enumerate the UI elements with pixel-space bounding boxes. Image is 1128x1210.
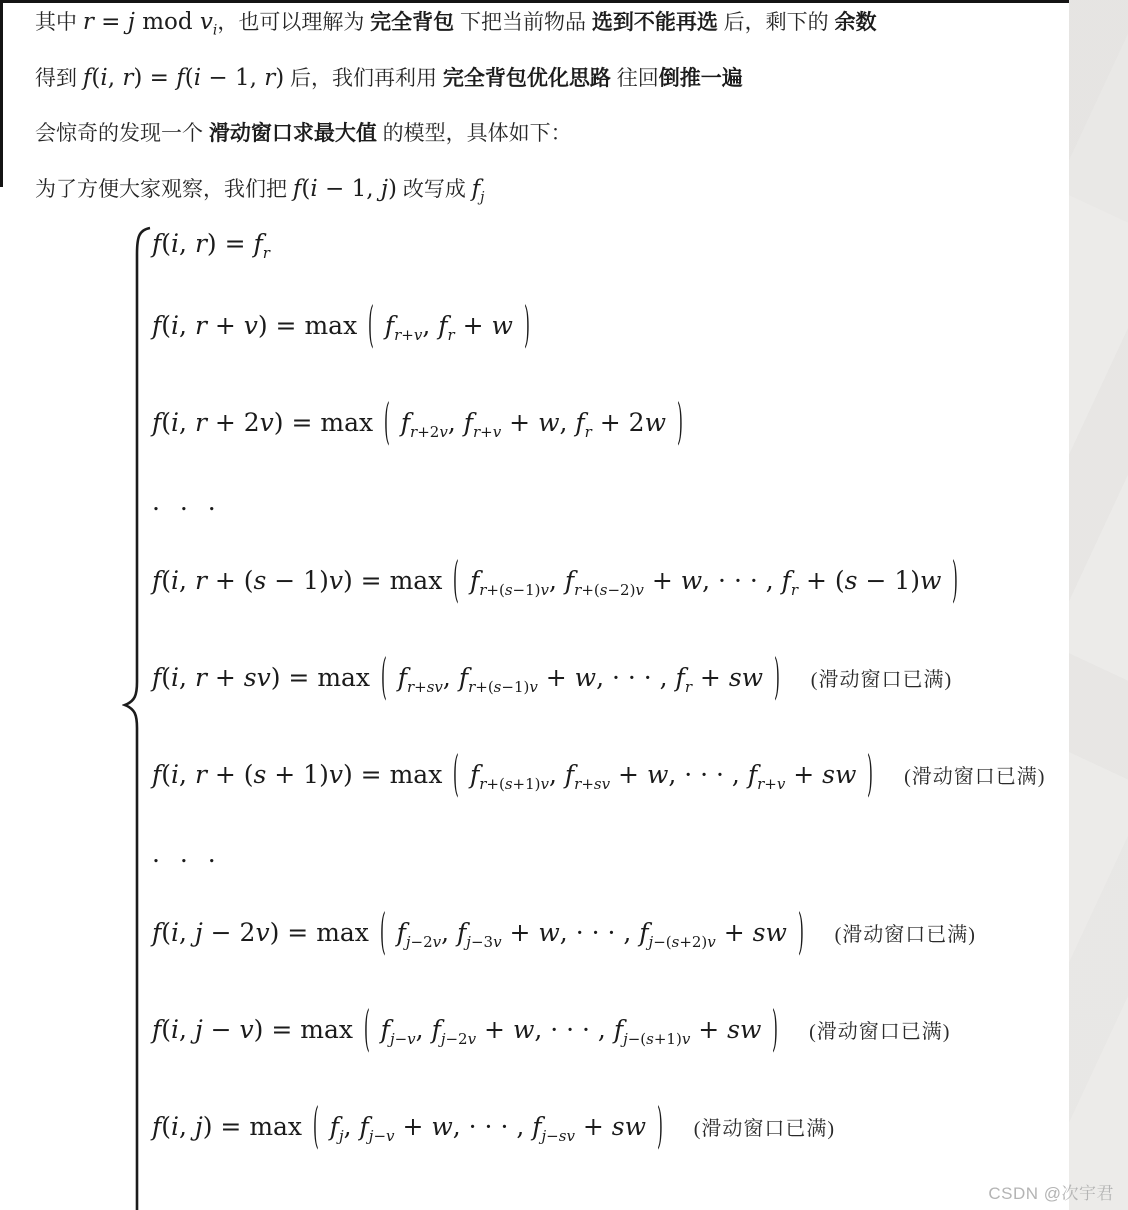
equation-row: f(i, r + (s + 1)v) = max ( fr+(s+1)v, fr… (152, 741, 1052, 807)
text-run: 下把当前物品 (454, 11, 592, 34)
bold-term: 选到不能再选 (592, 11, 718, 34)
equation-math: f(i, r + 2v) = max ( fr+2v, fr+v + w, fr… (152, 408, 686, 437)
equation-math: f(i, r + v) = max ( fr+v, fr + w ) (152, 311, 533, 340)
text-line: 得到 f(i, r) = f(i − 1, r) 后，我们再利用 完全背包优化思… (35, 62, 1045, 95)
vertical-dots: . . . (152, 839, 222, 868)
text-run: 改写成 (397, 178, 472, 201)
article-page: 其中 r = j mod vi，也可以理解为 完全背包 下把当前物品 选到不能再… (0, 0, 1128, 1210)
equation-row: f(i, r + 2v) = max ( fr+2v, fr+v + w, fr… (152, 389, 1052, 455)
ellipsis-row: . . . (152, 838, 1052, 868)
equation-system: f(i, r) = frf(i, r + v) = max ( fr+v, fr… (152, 225, 1052, 1190)
page-right-margin-texture (1069, 0, 1128, 1210)
text-run: 后，我们再利用 (284, 67, 443, 90)
bold-term: 滑动窗口求最大值 (209, 122, 377, 145)
top-border-rule (0, 0, 1128, 3)
inline-math: r = j mod vi (83, 9, 217, 35)
equation-row: f(i, j) = max ( fj, fj−v + w, · · · , fj… (152, 1093, 1052, 1159)
inline-math: f(i, r) = f(i − 1, r) (83, 65, 284, 91)
bold-term: 倒推一遍 (659, 67, 743, 90)
equation-note: (滑动窗口已满) (694, 1112, 835, 1141)
equation-math: f(i, r + (s − 1)v) = max ( fr+(s−1)v, fr… (152, 566, 961, 595)
equation-math: f(i, r) = fr (152, 229, 270, 258)
equation-math: f(i, j) = max ( fj, fj−v + w, · · · , fj… (152, 1112, 666, 1141)
equation-row: f(i, r + sv) = max ( fr+sv, fr+(s−1)v + … (152, 644, 1052, 710)
system-left-brace (122, 226, 156, 1210)
equation-row: f(i, j − v) = max ( fj−v, fj−2v + w, · ·… (152, 996, 1052, 1062)
bold-term: 完全背包优化思路 (443, 67, 611, 90)
text-run: 的模型，具体如下： (377, 122, 572, 145)
intro-paragraphs: 其中 r = j mod vi，也可以理解为 完全背包 下把当前物品 选到不能再… (35, 6, 1045, 229)
equation-math: f(i, r + (s + 1)v) = max ( fr+(s+1)v, fr… (152, 760, 876, 789)
text-run: 会惊奇的发现一个 (35, 122, 209, 145)
equation-note: (滑动窗口已满) (809, 1015, 950, 1044)
equation-math: f(i, j − 2v) = max ( fj−2v, fj−3v + w, ·… (152, 918, 807, 947)
equation-row: f(i, r) = fr (152, 225, 1052, 261)
left-border-rule (0, 0, 3, 187)
equation-row: f(i, r + (s − 1)v) = max ( fr+(s−1)v, fr… (152, 547, 1052, 613)
text-run: 往回 (611, 67, 659, 90)
text-run: 后，剩下的 (718, 11, 835, 34)
equation-note: (滑动窗口已满) (811, 663, 952, 692)
bold-term: 余数 (835, 11, 877, 34)
vertical-dots: . . . (152, 487, 222, 516)
inline-math: f(i − 1, j) (293, 176, 397, 202)
text-run: ，也可以理解为 (217, 11, 370, 34)
equation-row: f(i, j − 2v) = max ( fj−2v, fj−3v + w, ·… (152, 899, 1052, 965)
text-run: 得到 (35, 67, 83, 90)
equation-math: f(i, j − v) = max ( fj−v, fj−2v + w, · ·… (152, 1015, 781, 1044)
text-run: 为了方便大家观察，我们把 (35, 178, 293, 201)
inline-math: fj (472, 176, 485, 202)
text-line: 会惊奇的发现一个 滑动窗口求最大值 的模型，具体如下： (35, 118, 1045, 150)
equation-note: (滑动窗口已满) (904, 760, 1045, 789)
csdn-watermark: CSDN @次宇君 (988, 1179, 1114, 1204)
text-run: 其中 (35, 11, 83, 34)
equation-row: f(i, r + v) = max ( fr+v, fr + w ) (152, 292, 1052, 358)
equation-note: (滑动窗口已满) (835, 918, 976, 947)
bold-term: 完全背包 (370, 11, 454, 34)
text-line: 为了方便大家观察，我们把 f(i − 1, j) 改写成 fj (35, 173, 1045, 206)
equation-math: f(i, r + sv) = max ( fr+sv, fr+(s−1)v + … (152, 663, 783, 692)
ellipsis-row: . . . (152, 486, 1052, 516)
text-line: 其中 r = j mod vi，也可以理解为 完全背包 下把当前物品 选到不能再… (35, 6, 1045, 39)
